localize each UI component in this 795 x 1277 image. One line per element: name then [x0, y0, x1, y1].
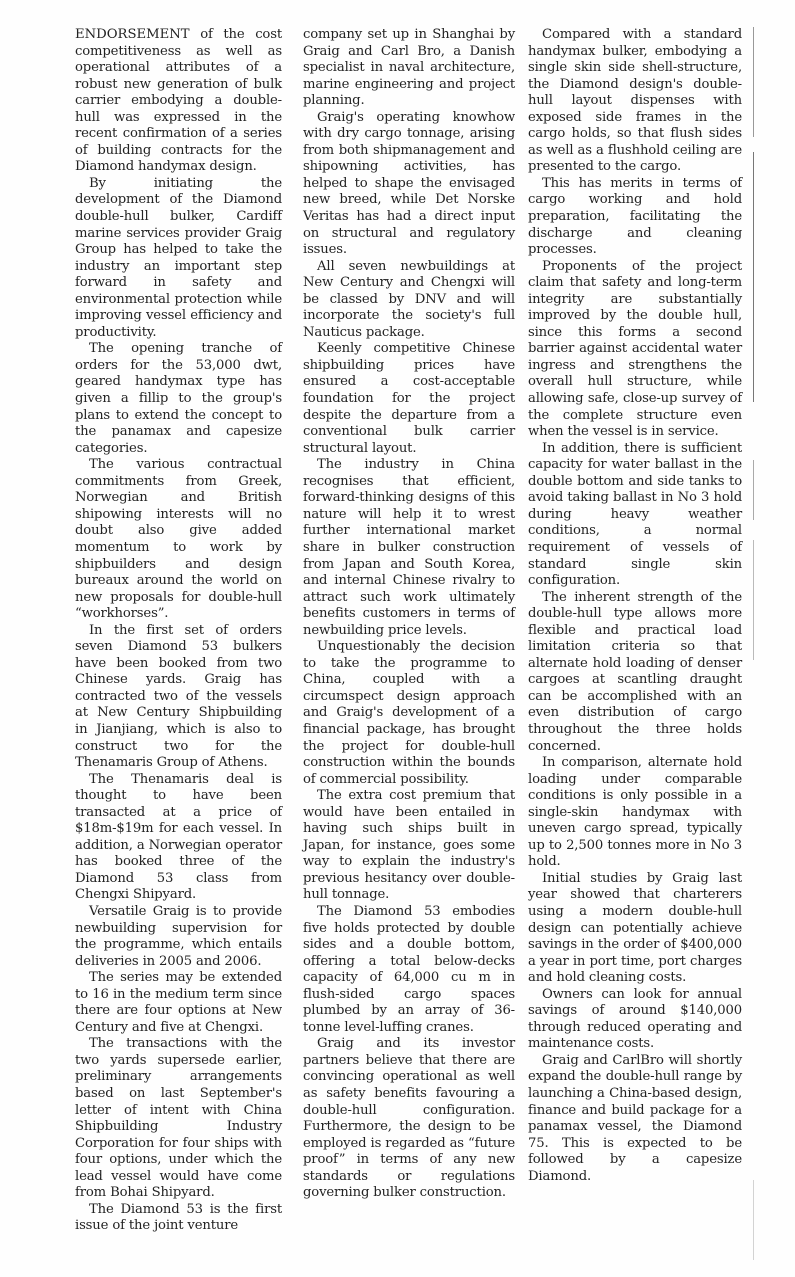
article-paragraph: The various contractual commitments from…: [75, 457, 282, 622]
article-paragraph: In comparison, alternate hold loading un…: [528, 755, 742, 871]
article-paragraph: Compared with a standard handymax bulker…: [528, 27, 742, 176]
column-rule: [753, 1180, 754, 1260]
article-paragraph: Unquestionably the decision to take the …: [303, 639, 515, 788]
article-paragraph: Proponents of the project claim that saf…: [528, 259, 742, 441]
article-column-3: Compared with a standard handymax bulker…: [528, 27, 742, 1185]
article-paragraph: Graig's operating knowhow with dry cargo…: [303, 110, 515, 259]
article-paragraph: Graig and CarlBro will shortly expand th…: [528, 1053, 742, 1185]
article-paragraph: All seven newbuildings at New Century an…: [303, 259, 515, 342]
article-paragraph: Owners can look for annual savings of ar…: [528, 987, 742, 1053]
article-paragraph: company set up in Shanghai by Graig and …: [303, 27, 515, 110]
article-paragraph: The series may be extended to 16 in the …: [75, 970, 282, 1036]
article-paragraph: The opening tranche of orders for the 53…: [75, 341, 282, 457]
article-paragraph: Graig and its investor partners believe …: [303, 1036, 515, 1201]
article-paragraph: In addition, there is sufficient capacit…: [528, 441, 742, 590]
article-column-2: company set up in Shanghai by Graig and …: [303, 27, 515, 1202]
column-rule: [753, 152, 754, 402]
article-paragraph: By initiating the development of the Dia…: [75, 176, 282, 341]
article-paragraph: The extra cost premium that would have b…: [303, 788, 515, 904]
article-paragraph: The transactions with the two yards supe…: [75, 1036, 282, 1201]
column-rule: [753, 460, 754, 520]
article-paragraph: Keenly competitive Chinese shipbuilding …: [303, 341, 515, 457]
article-paragraph: In the first set of orders seven Diamond…: [75, 623, 282, 772]
article-paragraph: The inherent strength of the double-hull…: [528, 590, 742, 755]
article-paragraph: The industry in China recognises that ef…: [303, 457, 515, 639]
article-paragraph: The Thenamaris deal is thought to have b…: [75, 772, 282, 904]
column-rule: [753, 540, 754, 660]
article-paragraph: Initial studies by Graig last year showe…: [528, 871, 742, 987]
lead-word: ENDORSEMENT: [75, 27, 190, 42]
article-column-1: ENDORSEMENT of the cost competitiveness …: [75, 27, 282, 1235]
article-paragraph: The Diamond 53 is the first issue of the…: [75, 1202, 282, 1235]
column-rule: [753, 27, 754, 137]
article-paragraph: ENDORSEMENT of the cost competitiveness …: [75, 27, 282, 176]
article-paragraph: Versatile Graig is to provide newbuildin…: [75, 904, 282, 970]
article-paragraph: The Diamond 53 embodies five holds prote…: [303, 904, 515, 1036]
article-paragraph: This has merits in terms of cargo workin…: [528, 176, 742, 259]
newspaper-page: ENDORSEMENT of the cost competitiveness …: [0, 0, 795, 1277]
